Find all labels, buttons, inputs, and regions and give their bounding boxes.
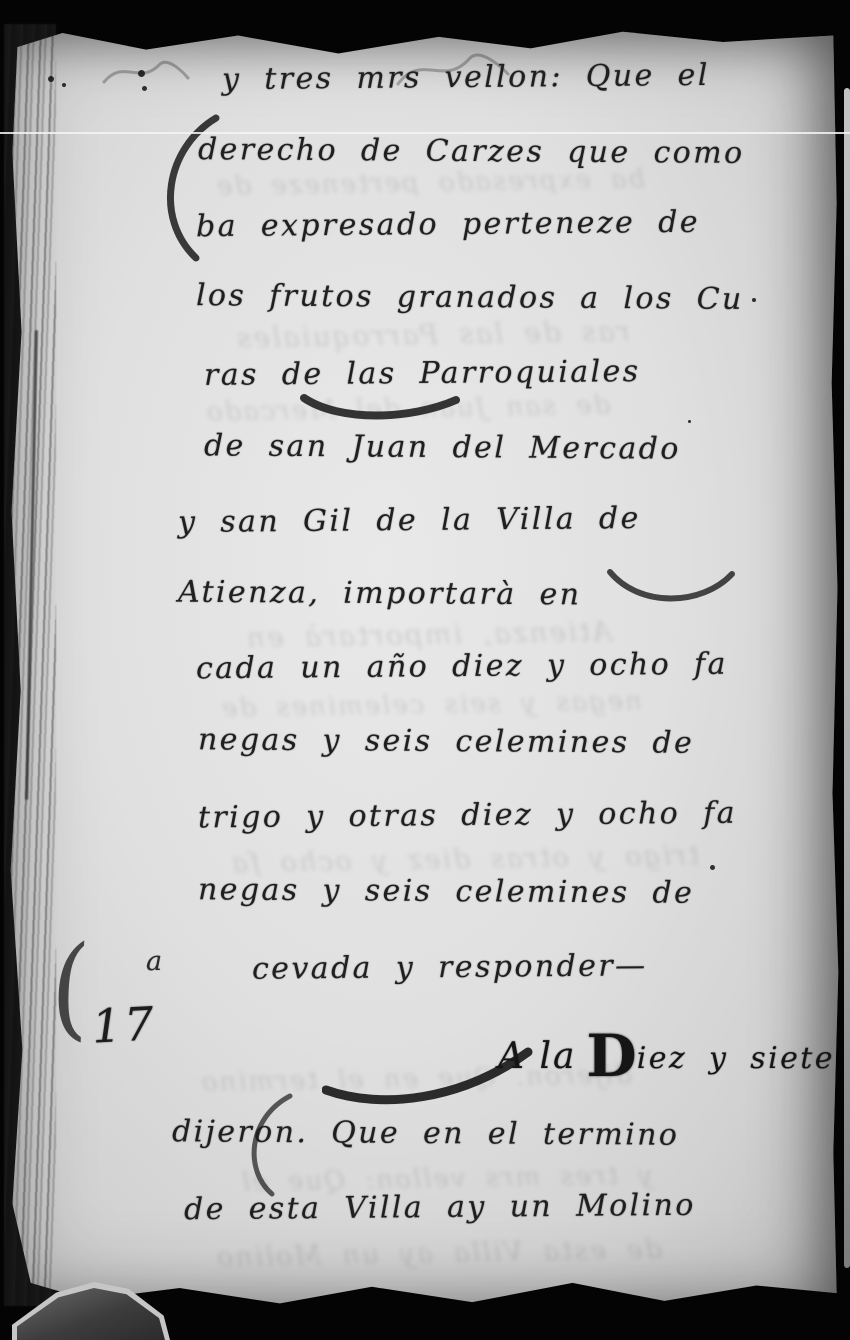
margin-note-letter: a bbox=[146, 946, 162, 977]
heading-rest: iez y siete bbox=[637, 1041, 835, 1076]
text-line-13: cevada y responder— bbox=[252, 948, 648, 986]
heading-initial-d: D bbox=[586, 1022, 636, 1090]
ink-speck bbox=[138, 70, 145, 77]
text-line-1: y tres mrs vellon: Que el bbox=[222, 58, 710, 97]
text-line-2: derecho de Carzes que como bbox=[198, 132, 745, 171]
text-line-12: negas y seis celemines de bbox=[198, 872, 694, 910]
ink-speck bbox=[48, 76, 54, 82]
ink-speck bbox=[710, 865, 715, 870]
ink-speck bbox=[688, 420, 691, 423]
margin-note-number-17: 17 bbox=[91, 996, 158, 1053]
scanned-manuscript-page: ba expresado perteneze de ras de las Par… bbox=[0, 0, 850, 1340]
ink-speck bbox=[142, 86, 147, 91]
text-line-3: ba expresado perteneze de bbox=[196, 205, 700, 244]
scan-artifact-line bbox=[0, 132, 850, 134]
answer-17-heading: A laDiez y siete bbox=[498, 1022, 835, 1090]
text-line-7: y san Gil de la Villa de bbox=[178, 501, 641, 540]
text-line-8: Atienza, importarà en bbox=[178, 575, 582, 613]
text-line-9: cada un año diez y ocho fa bbox=[196, 647, 728, 687]
text-line-15: dijeron. Que en el termino bbox=[172, 1114, 680, 1153]
adjacent-page-edge bbox=[844, 88, 850, 1268]
text-line-10: negas y seis celemines de bbox=[198, 722, 694, 760]
text-line-16: de esta Villa ay un Molino bbox=[184, 1188, 696, 1227]
ink-speck bbox=[62, 83, 66, 87]
heading-prefix: A la bbox=[498, 1036, 576, 1077]
text-line-4: los frutos granados a los Cu bbox=[196, 278, 744, 317]
text-line-11: trigo y otras diez y ocho fa bbox=[198, 796, 737, 836]
text-line-5: ras de las Parroquiales bbox=[204, 354, 641, 393]
text-line-6: de san Juan del Mercado bbox=[204, 428, 681, 466]
ink-speck bbox=[752, 298, 756, 302]
bleedthrough-line: ras de las Parroquiales bbox=[235, 315, 631, 355]
